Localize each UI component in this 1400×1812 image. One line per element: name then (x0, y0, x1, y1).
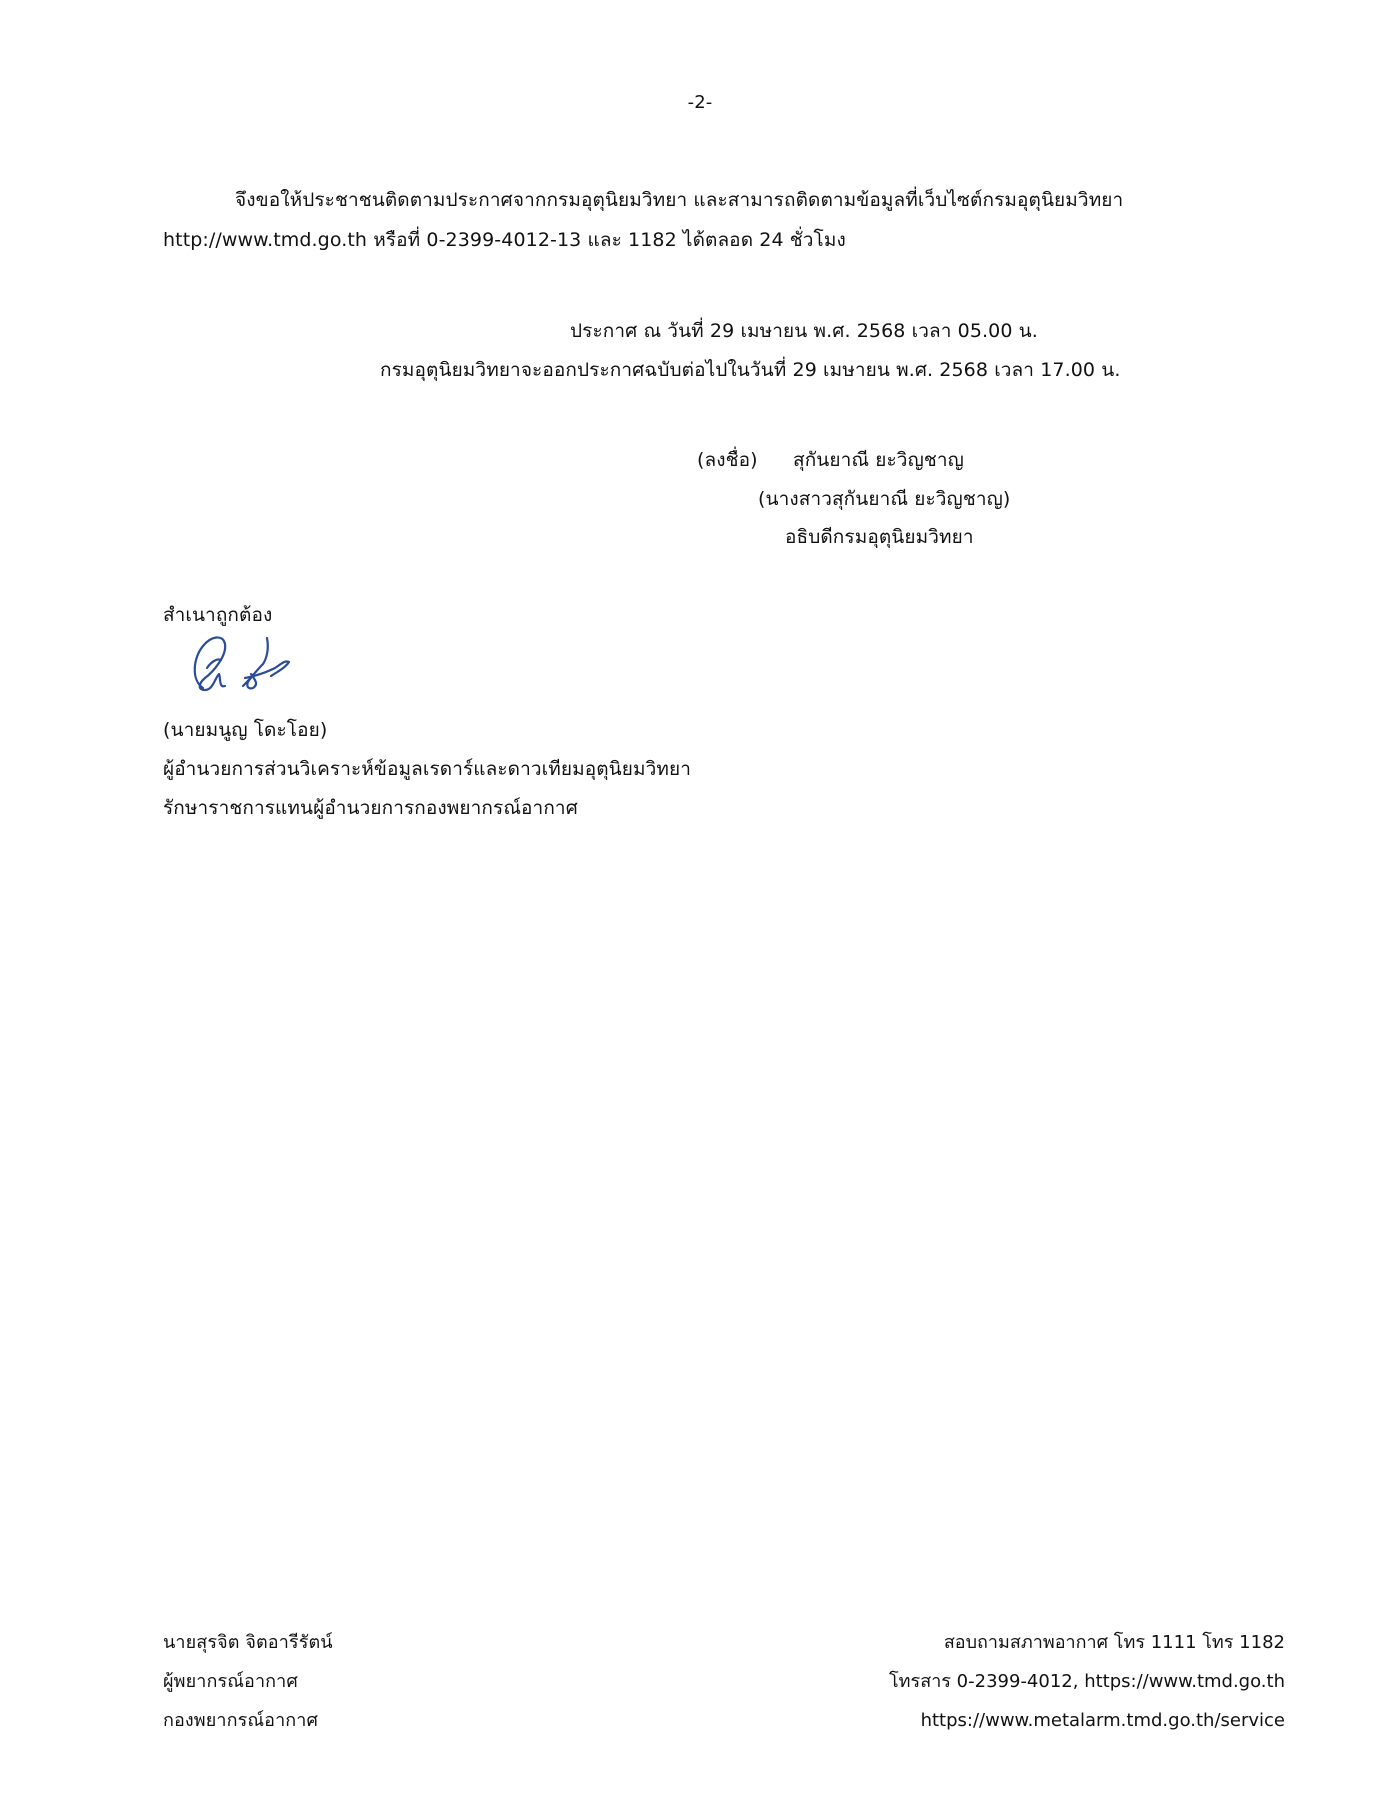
handwritten-signature (185, 628, 305, 698)
certifier-name: (นายมนูญ โดะโอย) (163, 717, 327, 743)
certifier-position-line-2: รักษาราชการแทนผู้อำนวยการกองพยากรณ์อากาศ (163, 795, 578, 821)
footer-forecaster-name: นายสุรจิต จิตอารีรัตน์ (163, 1630, 333, 1656)
certifier-position-line-1: ผู้อำนวยการส่วนวิเคราะห์ข้อมูลเรดาร์และด… (163, 756, 691, 782)
signed-label: (ลงชื่อ) (697, 447, 758, 473)
body-paragraph-line-2: http://www.tmd.go.th หรือที่ 0-2399-4012… (163, 227, 846, 253)
document-page: -2- จึงขอให้ประชาชนติดตามประกาศจากกรมอุต… (0, 0, 1400, 1812)
next-announcement: กรมอุตุนิยมวิทยาจะออกประกาศฉบับต่อไปในวั… (380, 357, 1120, 383)
footer-fax-website: โทรสาร 0-2399-4012, https://www.tmd.go.t… (889, 1669, 1285, 1695)
footer-service-link[interactable]: https://www.metalarm.tmd.go.th/service (921, 1708, 1285, 1734)
signatory-signed-name: สุกันยาณี ยะวิญชาญ (793, 447, 964, 473)
footer-hotline: สอบถามสภาพอากาศ โทร 1111 โทร 1182 (944, 1630, 1285, 1656)
issued-at: ประกาศ ณ วันที่ 29 เมษายน พ.ศ. 2568 เวลา… (570, 318, 1038, 344)
body-paragraph-line-1: จึงขอให้ประชาชนติดตามประกาศจากกรมอุตุนิย… (235, 187, 1123, 213)
signatory-title: อธิบดีกรมอุตุนิยมวิทยา (785, 524, 974, 550)
footer-forecaster-division: กองพยากรณ์อากาศ (163, 1708, 318, 1734)
certified-copy-label: สำเนาถูกต้อง (163, 602, 272, 628)
signatory-full-name: (นางสาวสุกันยาณี ยะวิญชาญ) (758, 486, 1010, 512)
footer-forecaster-role: ผู้พยากรณ์อากาศ (163, 1669, 298, 1695)
page-number: -2- (0, 90, 1400, 116)
